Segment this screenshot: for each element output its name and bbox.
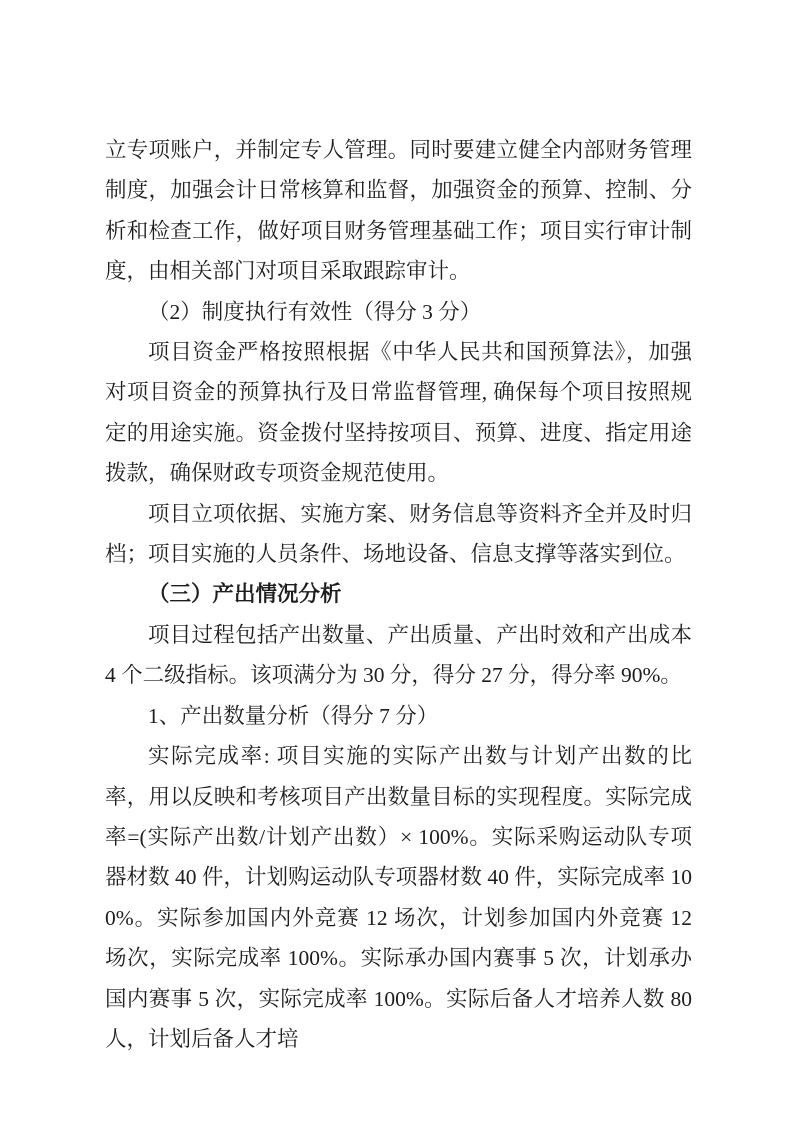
paragraph: 项目过程包括产出数量、产出质量、产出时效和产出成本 4 个二级指标。该项满分为 …: [105, 615, 692, 696]
paragraph: （2）制度执行有效性（得分 3 分）: [105, 292, 692, 332]
paragraph: 立专项账户，并制定专人管理。同时要建立健全内部财务管理制度，加强会计日常核算和监…: [105, 130, 692, 292]
document-body: 立专项账户，并制定专人管理。同时要建立健全内部财务管理制度，加强会计日常核算和监…: [105, 130, 692, 1059]
paragraph: 项目资金严格按照根据《中华人民共和国预算法》，加强对项目资金的预算执行及日常监督…: [105, 332, 692, 494]
paragraph: 1、产出数量分析（得分 7 分）: [105, 696, 692, 736]
document-page: 立专项账户，并制定专人管理。同时要建立健全内部财务管理制度，加强会计日常核算和监…: [0, 0, 793, 1122]
paragraph: 实际完成率: 项目实施的实际产出数与计划产出数的比率，用以反映和考核项目产出数量…: [105, 736, 692, 1059]
section-heading: （三）产出情况分析: [105, 574, 692, 614]
paragraph: 项目立项依据、实施方案、财务信息等资料齐全并及时归档；项目实施的人员条件、场地设…: [105, 494, 692, 575]
